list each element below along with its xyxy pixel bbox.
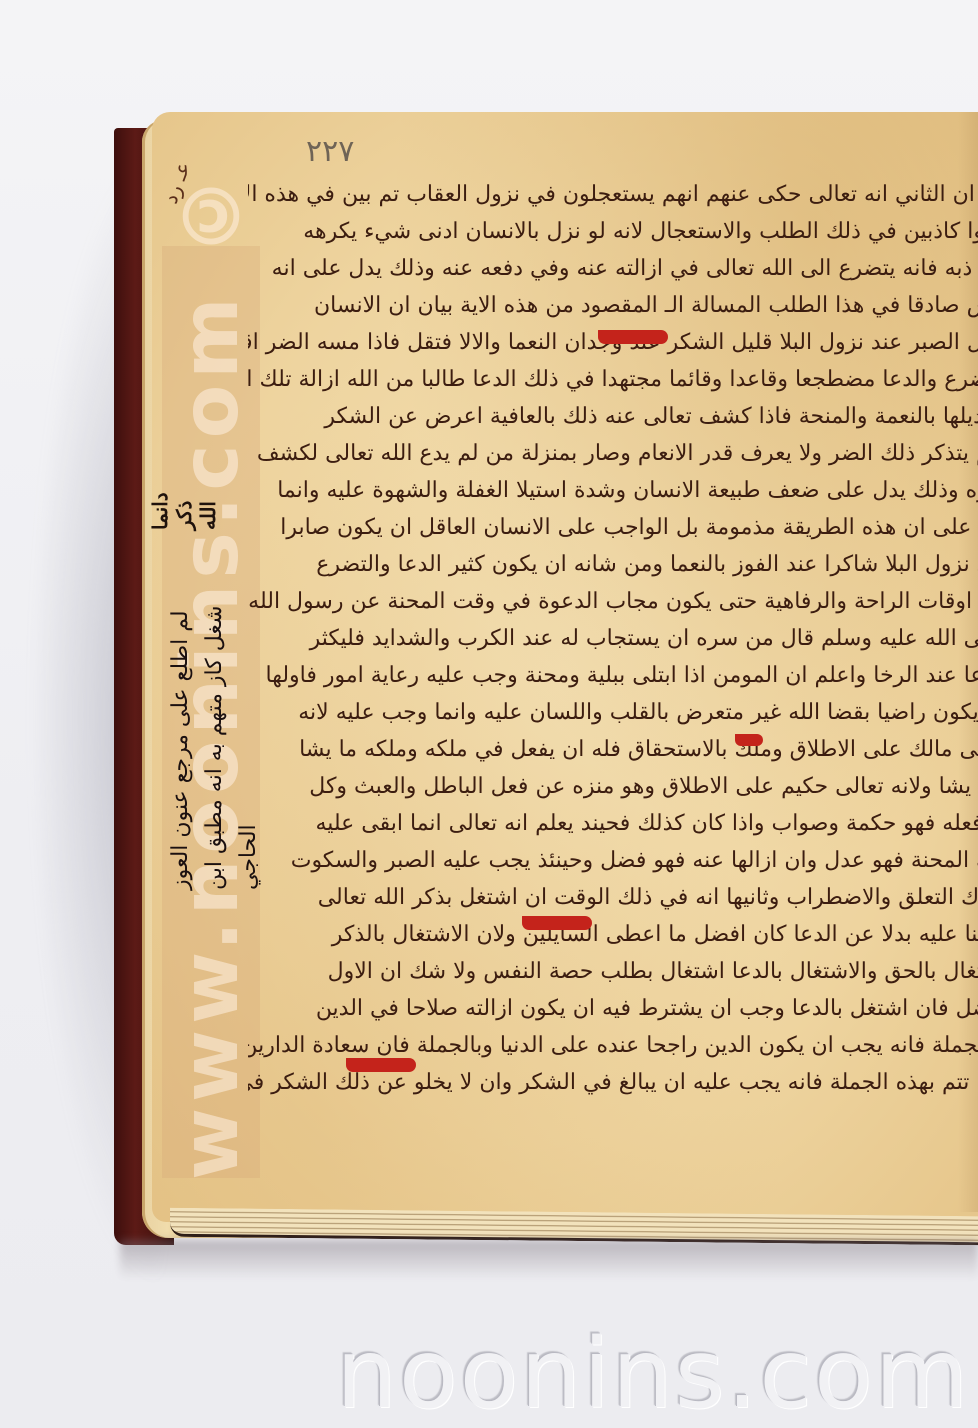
text-line: تعالى مالك على الاطلاق وملك بالاستحقاق ف… [248,731,978,768]
red-rubric-mark [598,330,668,344]
text-line: ليس صادقا في هذا الطلب المسالة الـ المقص… [248,287,978,324]
text-line: اشتغال بالحق والاشتغال بالدعا اشتغال بطل… [248,953,978,990]
text-line: عند نزول البلا شاكرا عند الفوز بالنعما و… [248,546,978,583]
text-line: التضرع والدعا مضطجعا وقاعدا وقائما مجتهد… [248,361,978,398]
text-line: افضل فان اشتغل بالدعا وجب ان يشترط فيه ا… [248,990,978,1027]
text-line: ولم يتذكر ذلك الضر ولا يعرف قدر الانعام … [248,435,978,472]
text-line: ولو ذبه فانه يتضرع الى الله تعالى في ازا… [248,250,978,287]
text-line: وتبديلها بالنعمة والمنحة فاذا كشف تعالى … [248,398,978,435]
text-line: في اوقات الراحة والرفاهية حتى يكون مجاب … [248,583,978,620]
text-line: كما يشا ولانه تعالى حكيم على الاطلاق وهو… [248,768,978,805]
manuscript-text-block: لما ان الثاني انه تعالى حكى عنهم انهم يس… [248,176,978,1136]
text-line: صلى الله عليه وسلم قال من سره ان يستجاب … [248,620,978,657]
text-line: نبها على ان هذه الطريقة مذمومة بل الواجب… [248,509,978,546]
text-line: لما ان الثاني انه تعالى حكى عنهم انهم يس… [248,176,978,213]
text-line: كانوا كاذبين في ذلك الطلب والاستعجال لان… [248,213,978,250]
book-bottom-shadow [120,1240,978,1280]
footer-watermark: noonins.com [336,1324,978,1424]
red-rubric-mark [346,1058,416,1072]
text-line: الدعا عند الرخا واعلم ان المومن اذا ابتل… [248,657,978,694]
text-line: وترك التعلق والاضطراب وثانيها انه في ذلك… [248,879,978,916]
folio-number: ٢٢٧ [306,134,354,169]
text-line: ما فعله فهو حكمة وصواب واذا كان كذلك فحي… [248,805,978,842]
text-line: والثنا عليه بدلا عن الدعا كان افضل ما اع… [248,916,978,953]
text-line: ضره وذلك يدل على ضعف طبيعة الانسان وشدة … [248,472,978,509]
red-rubric-mark [522,916,592,930]
margin-note-upper: دانما ذكر الله [148,470,208,530]
text-line: تلك المحنة فهو عدل وان ازالها عنه فهو فض… [248,842,978,879]
text-line: ان يكون راضيا بقضا الله غير متعرض بالقلب… [248,694,978,731]
red-rubric-mark [735,734,763,746]
